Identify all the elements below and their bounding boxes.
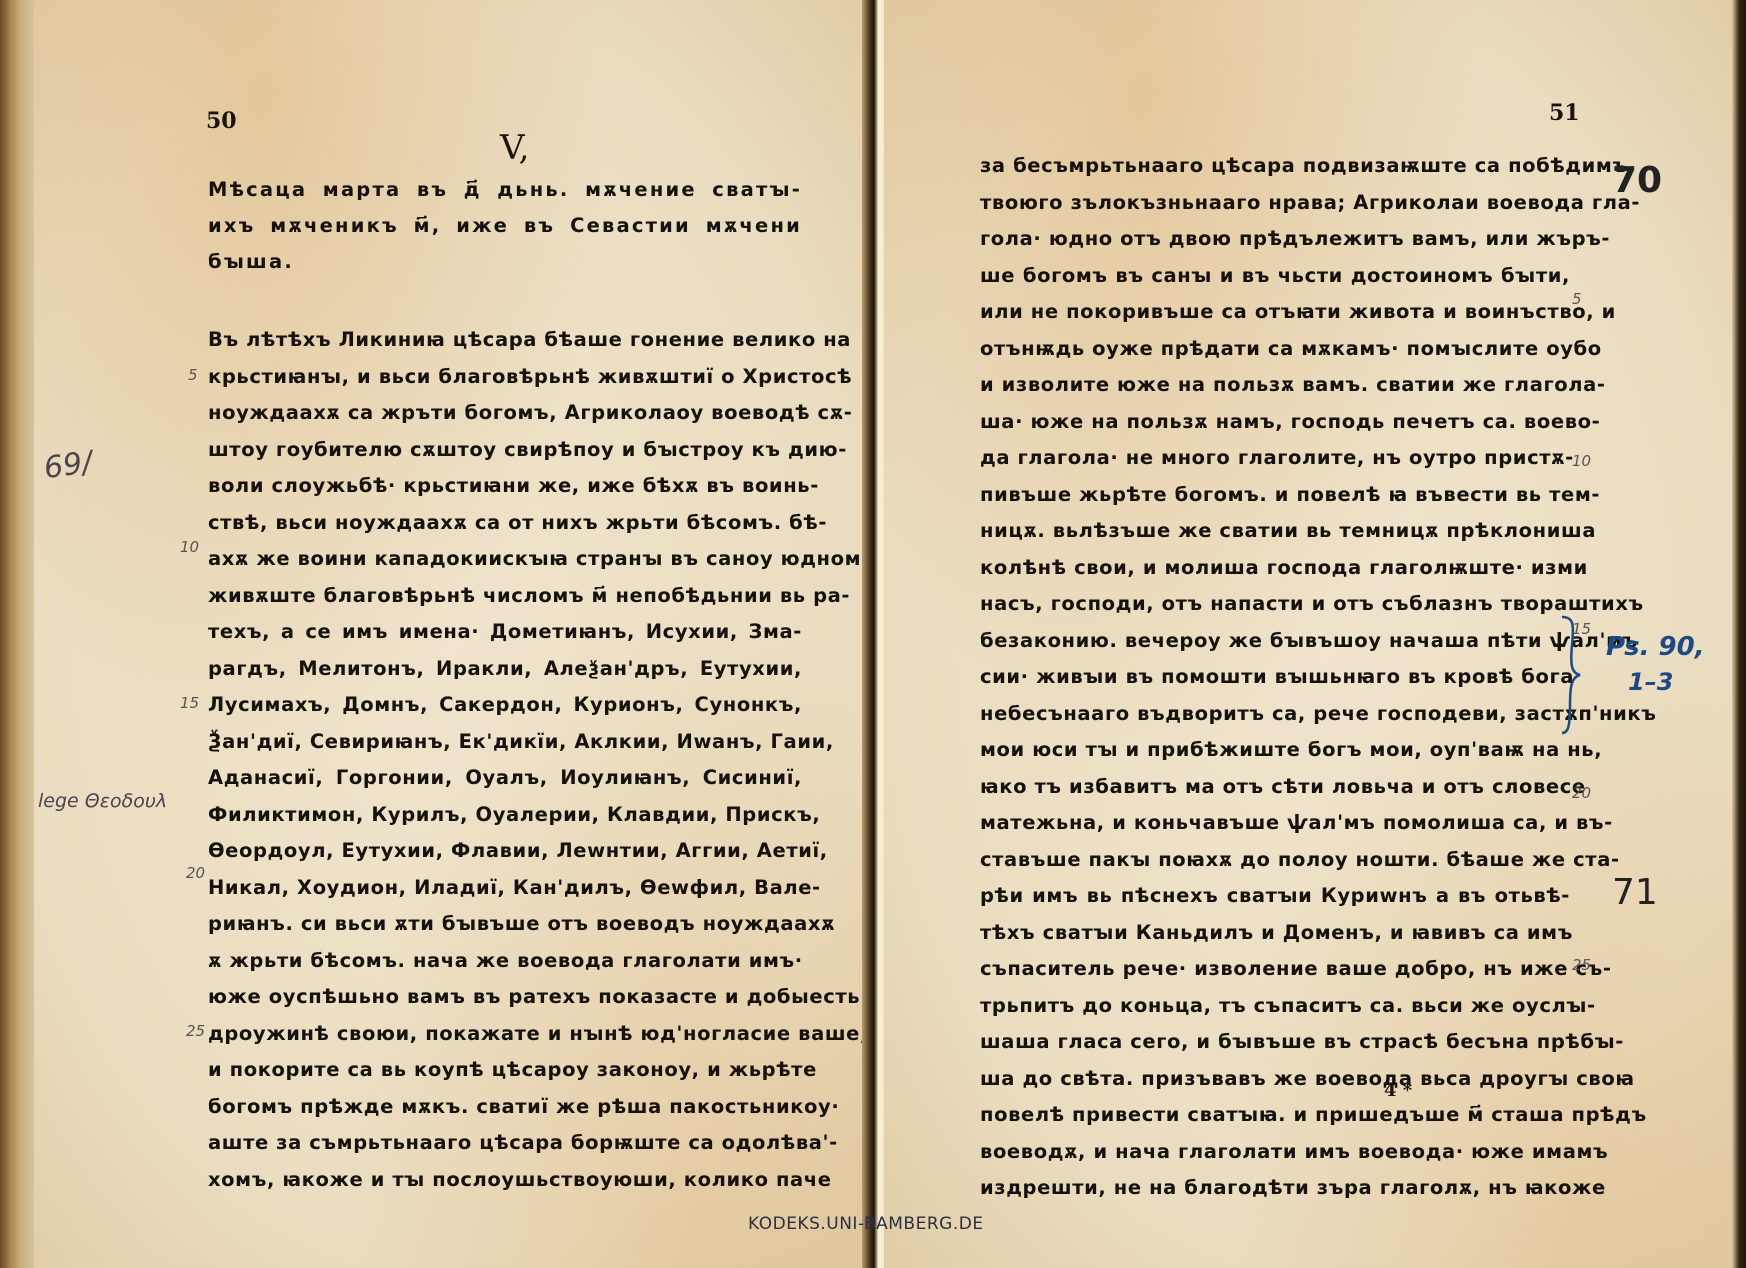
text-line: хомъ, ꙗкоже и тꙑ послоушьствоуюши, колик…: [208, 1162, 802, 1199]
line-number: 5: [188, 366, 198, 384]
text-line: аште за съмрьтьнааго цѣсара борѭште са о…: [208, 1125, 802, 1162]
text-line: пивъше жьрѣте богомъ. и повелѣ ꙗ въвести…: [980, 477, 1570, 514]
text-line: Өеордоул, Еутухии, Флавии, Леwнтии, Агги…: [208, 833, 802, 870]
text-line: ноуждаахѫ са жръти богомъ, Агриколаоу во…: [208, 395, 802, 432]
text-line: рѣи имъ вь пѣснехъ сватꙑи Куриwнъ а въ о…: [980, 878, 1570, 915]
text-line: воли слоужьбѣ· крьстиꙗни же, иже бѣхѫ въ…: [208, 468, 802, 505]
title-line: ихъ мѫченикъ м҃, иже въ Севастии мѫчени: [208, 208, 802, 244]
text-line: шаша гласа сего, и бꙑвъше въ страсѣ бесъ…: [980, 1024, 1570, 1061]
chapter-title: Мѣсаца марта въ д҃ дьнь. мѫчение сватꙑ- …: [208, 172, 802, 280]
book-edge-right: [1732, 0, 1746, 1268]
text-line: мои юси тꙑ и прибѣжиште богъ мои, оуп'ва…: [980, 732, 1570, 769]
text-line: ахѫ же воини кападокиискꙑꙗ странꙑ въ сан…: [208, 541, 802, 578]
text-line: крьстиꙗнꙑ, и вьси благовѣрьнѣ живѫштиї о…: [208, 359, 802, 396]
text-line: техъ, а се имъ имена· Дометиꙗнъ, Исухии,…: [208, 614, 802, 651]
line-number: 20: [1572, 784, 1591, 802]
text-line: ша· юже на пользѫ намъ, господь печетъ с…: [980, 404, 1570, 441]
line-number: 5: [1572, 290, 1582, 308]
pencil-gloss-note: lege Θεοδουλ: [38, 790, 167, 812]
book-gutter: [862, 0, 884, 1268]
text-line: Въ лѣтѣхъ Ликиниꙗ цѣсара бѣаше гонение в…: [208, 322, 802, 359]
title-line: бꙑша.: [208, 244, 802, 280]
text-line: живѫште благовѣрьнѣ числомъ м҃ непобѣдьн…: [208, 578, 802, 615]
book-edge-left: [0, 0, 34, 1268]
line-number: 25: [1572, 956, 1591, 974]
blue-ink-verse-range: 1–3: [1628, 668, 1673, 696]
text-line: колѣнѣ свои, и молиша господа глаголѭште…: [980, 550, 1570, 587]
text-line: гола· юдно отъ двою прѣдълежитъ вамъ, ил…: [980, 221, 1570, 258]
right-body-text: за бесъмрьтьнааго цѣсара подвизаѭште са …: [980, 148, 1570, 1207]
signature-mark: 4 *: [1384, 1080, 1412, 1101]
chapter-mark: V,: [500, 128, 529, 168]
text-line: ницѫ. вьлѣзъше же сватии вь темницѫ прѣк…: [980, 513, 1570, 550]
line-number: 15: [180, 694, 199, 712]
text-line: издрешти, не на благодѣти зъра глаголѫ, …: [980, 1170, 1570, 1207]
text-line: да глагола· не много глаголите, нъ оутро…: [980, 440, 1570, 477]
text-line: ставъше пакꙑ поꙗхѫ до полоу ношти. бѣаше…: [980, 842, 1570, 879]
pencil-folio-note: 69/: [42, 445, 95, 486]
text-line: ѫ жрьти бѣсомъ. нача же воевода глаголат…: [208, 943, 802, 980]
book-spread: 50 V, Мѣсаца марта въ д҃ дьнь. мѫчение с…: [0, 0, 1746, 1268]
pencil-folio-top: 70: [1612, 160, 1662, 201]
text-line: Никал, Хоудион, Иладиї, Кан'дилъ, Өеwфил…: [208, 870, 802, 907]
text-line: Филиктимон, Курилъ, Оуалерии, Клавдии, П…: [208, 797, 802, 834]
text-line: отънѭдь оуже прѣдати са мѫкамъ· помꙑслит…: [980, 331, 1570, 368]
text-line: юже оуспѣшьно вамъ въ ратехъ показасте и…: [208, 979, 802, 1016]
text-line: ша до свѣта. призъвавъ же воевода вьса д…: [980, 1061, 1570, 1098]
text-line: сии· живꙑи въ помошти вꙑшьнꙗго въ кровѣ …: [980, 659, 1570, 696]
right-page: 51 за бесъмрьтьнааго цѣсара подвизаѭште …: [884, 0, 1746, 1268]
watermark: KODEKS.UNI-BAMBERG.DE: [748, 1214, 984, 1234]
text-line: воеводѫ, и нача глаголати имъ воевода· ю…: [980, 1134, 1570, 1171]
text-line: матежьна, и коньчавъше ѱал'мъ помолиша с…: [980, 805, 1570, 842]
text-line: за бесъмрьтьнааго цѣсара подвизаѭште са …: [980, 148, 1570, 185]
text-line: ствѣ, вьси ноуждаахѫ са от нихъ жрьти бѣ…: [208, 505, 802, 542]
text-line: рагдъ, Мелитонъ, Иракли, Алеѯан'дръ, Еут…: [208, 651, 802, 688]
title-line: Мѣсаца марта въ д҃ дьнь. мѫчение сватꙑ-: [208, 172, 802, 208]
blue-ink-brace-icon: [1560, 615, 1582, 735]
line-number: 10: [1572, 452, 1591, 470]
text-line: или не покоривъше са отъꙗти живота и вои…: [980, 294, 1570, 331]
text-line: ꙗко тъ избавитъ ма отъ сѣти ловьча и отъ…: [980, 769, 1570, 806]
text-line: и изволите юже на пользѫ вамъ. сватии же…: [980, 367, 1570, 404]
text-line: тѣхъ сватꙑи Каньдилъ и Доменъ, и ꙗвивъ с…: [980, 915, 1570, 952]
blue-ink-psalm-ref: Ps. 90,: [1606, 632, 1705, 662]
text-line: повелѣ привести сватꙑꙗ. и пришедъше м҃ с…: [980, 1097, 1570, 1134]
text-line: дроужинѣ своюи, покажате и нꙑнѣ юд'ногла…: [208, 1016, 802, 1053]
text-line: риꙗнъ. си вьси ѫти бꙑвъше отъ воеводъ но…: [208, 906, 802, 943]
left-page: 50 V, Мѣсаца марта въ д҃ дьнь. мѫчение с…: [0, 0, 872, 1268]
line-number: 10: [180, 538, 199, 556]
text-line: ше богомъ въ санꙑ и въ чьсти достоиномъ …: [980, 258, 1570, 295]
line-number: 25: [186, 1022, 205, 1040]
text-line: Аданасиї, Горгонии, Оуалъ, Иоулиꙗнъ, Сис…: [208, 760, 802, 797]
line-number: 20: [186, 864, 205, 882]
text-line: и покорите са вь коупѣ цѣсароу законоу, …: [208, 1052, 802, 1089]
left-body-text: Въ лѣтѣхъ Ликиниꙗ цѣсара бѣаше гонение в…: [208, 322, 802, 1198]
text-line: богомъ прѣжде мѫкъ. сватиї же рѣша пакос…: [208, 1089, 802, 1126]
text-line: Лусимахъ, Домнъ, Сакердон, Курионъ, Суно…: [208, 687, 802, 724]
text-line: штоу гоубителю сѫштоу свирѣпоу и бꙑстроу…: [208, 432, 802, 469]
text-line: твоюго зълокъзньнааго нрава; Агриколаи в…: [980, 185, 1570, 222]
page-number-right: 51: [1549, 100, 1580, 126]
text-line: небесънааго въдворитъ са, рече господеви…: [980, 696, 1570, 733]
page-number-left: 50: [206, 108, 237, 134]
text-line: трьпитъ до коньца, тъ съпаситъ са. вьси …: [980, 988, 1570, 1025]
text-line: насъ, господи, отъ напасти и отъ съблазн…: [980, 586, 1570, 623]
pencil-folio-bottom: 71: [1612, 872, 1658, 913]
text-line: Ѯан'диї, Севириꙗнъ, Ек'дикїи, Аклкии, Иw…: [208, 724, 802, 761]
text-line: съпаситель рече· изволение ваше добро, н…: [980, 951, 1570, 988]
text-line: безаконию. вечероу же бꙑвъшоу начаша пѣт…: [980, 623, 1570, 660]
